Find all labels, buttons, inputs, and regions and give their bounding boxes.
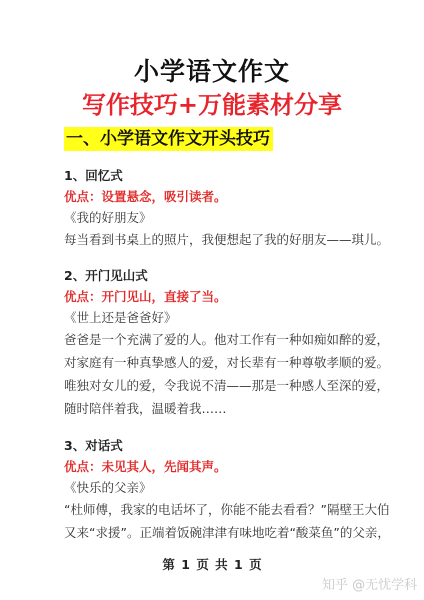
section-heading-highlighted: 一、小学语文作文开头技巧 [64,127,273,151]
item-body-line: 又来“求援”。正端着饭碗津津有味地吃着“酸菜鱼”的父亲， [64,523,390,541]
item-merit: 优点：未见其人，先闻其声。 [64,457,227,475]
item-book-title: 《快乐的父亲》 [64,478,152,496]
item-book-title: 《我的好朋友》 [64,208,152,226]
item-merit: 优点：设置悬念，吸引读者。 [64,187,227,205]
item-body-line: 每当看到书桌上的照片，我便想起了我的好朋友——琪儿。 [64,230,389,248]
item-body-line: “杜师傅，我家的电话坏了，你能不能去看看？”隔壁王大伯 [64,500,389,518]
item-header: 1、回忆式 [64,166,123,184]
document-subtitle: 写作技巧+万能素材分享 [0,85,424,120]
item-body-line: 唯独对女儿的爱，令我说不清——那是一种感人至深的爱， [64,376,389,394]
item-merit: 优点：开门见山，直接了当。 [64,287,227,305]
page-indicator: 第 1 页 共 1 页 [0,555,424,573]
item-body-line: 对家庭有一种真挚感人的爱，对长辈有一种尊敬孝顺的爱。 [64,353,389,371]
item-header: 3、对话式 [64,436,123,454]
item-body-line: 爸爸是一个充满了爱的人。他对工作有一种如痴如醉的爱， [64,330,389,348]
item-book-title: 《世上还是爸爸好》 [64,308,177,326]
item-body-line: 随时陪伴着我，温暖着我…… [64,399,227,417]
document-title: 小学语文作文 [0,52,424,88]
item-header: 2、开门见山式 [64,266,148,284]
watermark: 知乎 @无忧学科 [322,574,417,593]
